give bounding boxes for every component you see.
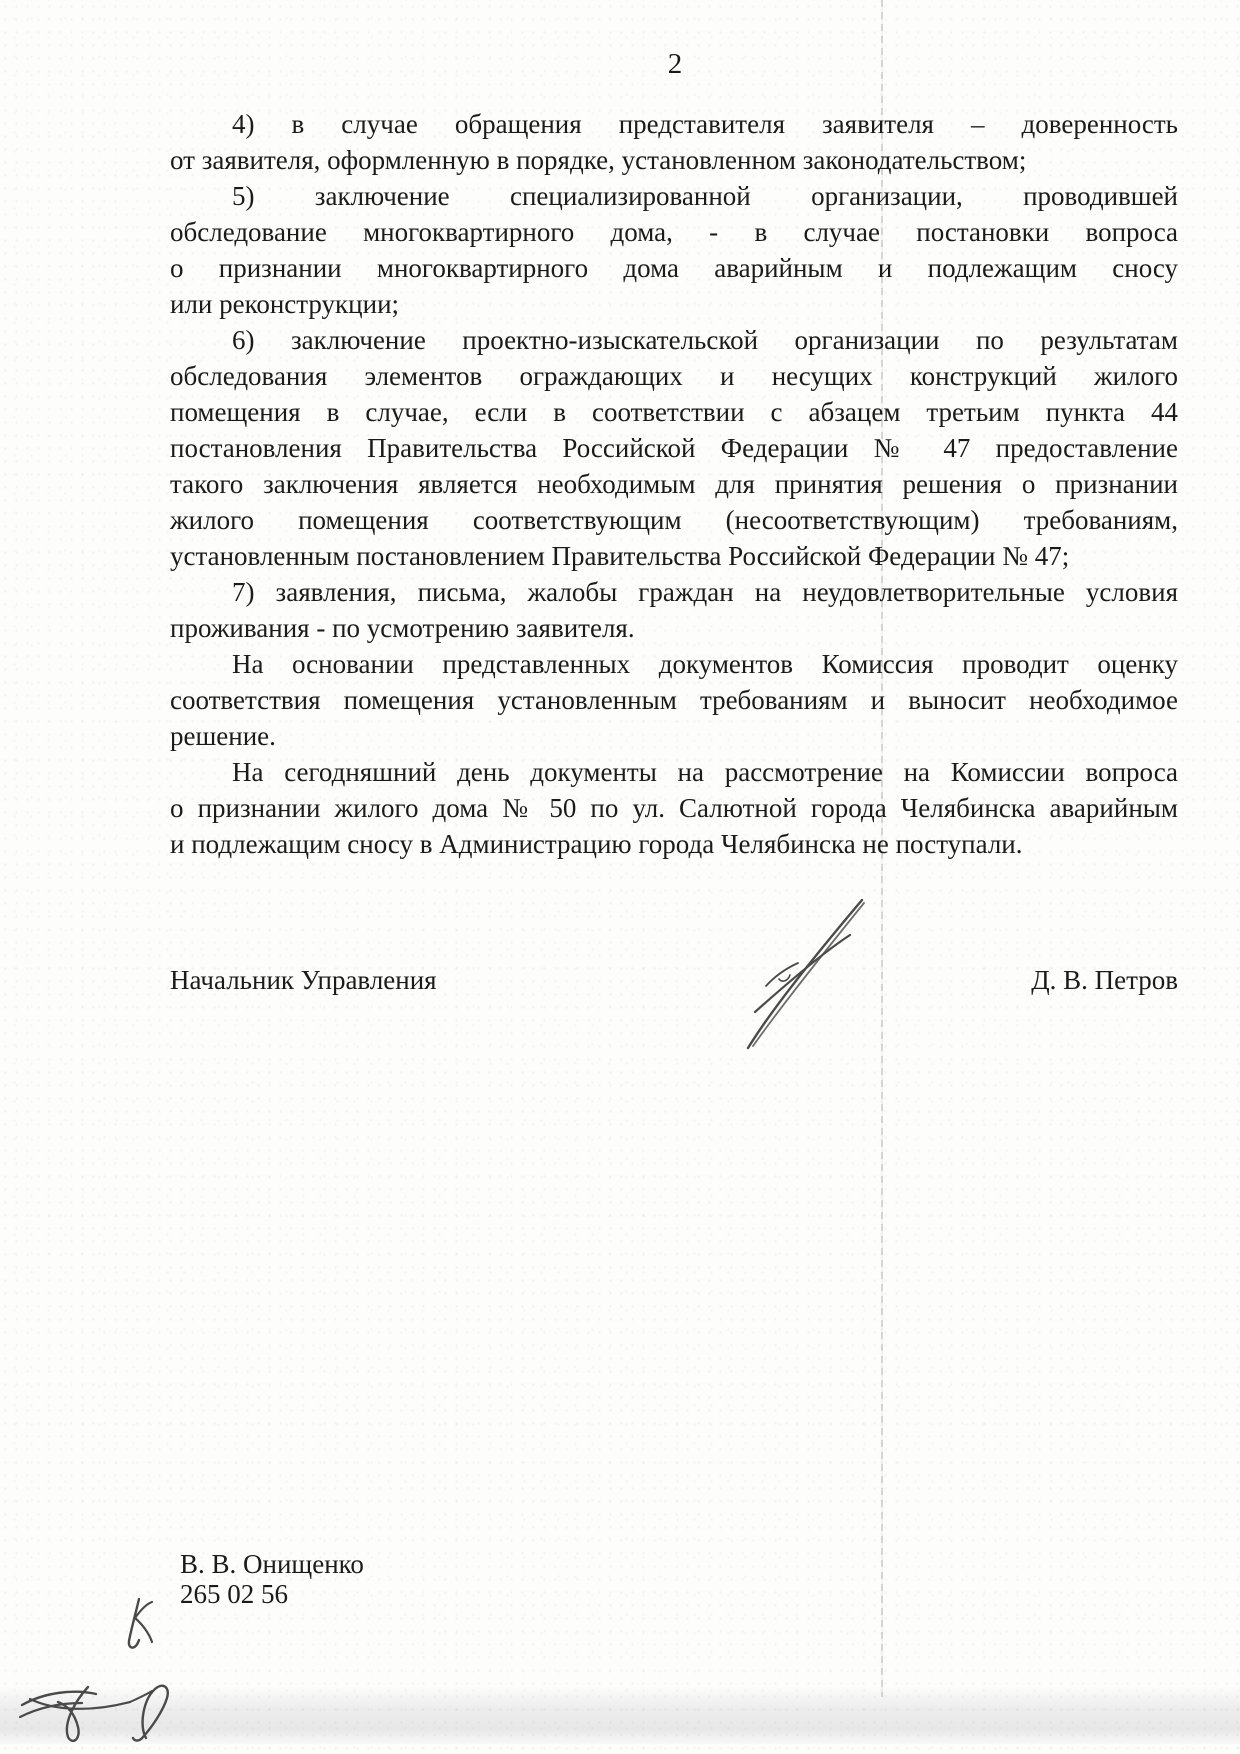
footer-phone: 265 02 56 (180, 1579, 364, 1609)
signoff-row: Начальник Управления Д. В. Петров (170, 962, 1178, 998)
text-line: проживания - по усмотрению заявителя. (170, 610, 1178, 646)
paragraph: 5) заключение специализированной организ… (170, 178, 1178, 322)
text-line: На сегодняшний день документы на рассмот… (170, 754, 1178, 790)
text-line: от заявителя, оформленную в порядке, уст… (170, 142, 1178, 178)
text-line: 6) заключение проектно-изыскательской ор… (170, 322, 1178, 358)
text-line: о признании жилого дома № 50 по ул. Салю… (170, 790, 1178, 826)
page-number: 2 (170, 48, 1180, 81)
paragraph: 4) в случае обращения представителя заяв… (170, 106, 1178, 178)
footer-block: В. В. Онищенко 265 02 56 (180, 1549, 364, 1609)
signoff-name: Д. В. Петров (1031, 962, 1178, 998)
text-line: или реконструкции; (170, 286, 1178, 322)
text-line: помещения в случае, если в соответствии … (170, 394, 1178, 430)
approval-initial-mark (129, 1599, 152, 1648)
text-line: постановления Правительства Российской Ф… (170, 430, 1178, 466)
scan-shadow-band (0, 1686, 1240, 1744)
text-line: обследование многоквартирного дома, - в … (170, 214, 1178, 250)
footer-executor: В. В. Онищенко (180, 1549, 364, 1579)
text-line: обследования элементов ограждающих и нес… (170, 358, 1178, 394)
text-line: 7) заявления, письма, жалобы граждан на … (170, 574, 1178, 610)
text-line: и подлежащим сносу в Администрацию город… (170, 826, 1178, 862)
text-line: такого заключения является необходимым д… (170, 466, 1178, 502)
text-line: 4) в случае обращения представителя заяв… (170, 106, 1178, 142)
scanned-document-page: 2 4) в случае обращения представителя за… (0, 0, 1240, 1754)
paragraph: 7) заявления, письма, жалобы граждан на … (170, 574, 1178, 646)
text-line: 5) заключение специализированной организ… (170, 178, 1178, 214)
text-line: установленным постановлением Правительст… (170, 538, 1178, 574)
signoff-title: Начальник Управления (170, 962, 437, 998)
paragraph: На основании представленных документов К… (170, 646, 1178, 754)
text-line: о признании многоквартирного дома аварий… (170, 250, 1178, 286)
text-line: соответствия помещения установленным тре… (170, 682, 1178, 718)
paragraph: На сегодняшний день документы на рассмот… (170, 754, 1178, 862)
text-block: 4) в случае обращения представителя заяв… (170, 106, 1178, 862)
text-line: решение. (170, 718, 1178, 754)
text-line: жилого помещения соответствующим (несоот… (170, 502, 1178, 538)
paragraph: 6) заключение проектно-изыскательской ор… (170, 322, 1178, 574)
text-line: На основании представленных документов К… (170, 646, 1178, 682)
